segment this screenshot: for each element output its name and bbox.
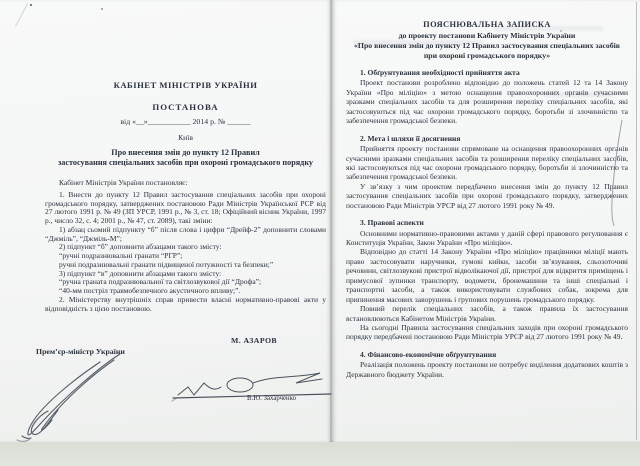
decree-title: Про внесення змін до пункту 12 Правил за…: [45, 148, 326, 169]
pm-signature: [2, 348, 132, 442]
section-paragraph: Відповідно до статті 14 Закону України «…: [346, 247, 628, 304]
city-line: Київ: [45, 133, 326, 142]
section-heading: 2. Мета і шляхи її досягнення: [346, 134, 628, 143]
decree-intro: Кабінет Міністрів України постановляє:: [45, 179, 326, 188]
decree-paragraph: 1. Внести до пункту 12 Правил застосуван…: [45, 191, 326, 226]
scanner-bed-strip: [0, 441, 640, 466]
decree-body: Кабінет Міністрів України постановляє: 1…: [45, 179, 326, 313]
decree-title-line1: Про внесення змін до пункту 12 Правил: [45, 148, 326, 158]
section-heading: 3. Правові аспекти: [346, 218, 628, 227]
note-title-line3: «Про внесення змін до пункту 12 Правил з…: [347, 41, 627, 61]
countersigner-name: В.Ю. Захарченко: [247, 395, 296, 402]
note-title: ПОЯСНЮВАЛЬНА ЗАПИСКА до проекту постанов…: [347, 20, 627, 61]
section-paragraph: Прийняття проекту постанови спрямоване н…: [346, 144, 628, 182]
section-heading: 4. Фінансово-економічне обґрунтування: [346, 350, 628, 359]
date-line: від «__»___________ 2014 р. № ______: [45, 117, 326, 126]
note-body: 1. Обґрунтування необхідності прийняття …: [346, 68, 628, 379]
doc-type: ПОСТАНОВА: [45, 102, 326, 112]
explanatory-note-page: ПОЯСНЮВАЛЬНА ЗАПИСКА до проекту постанов…: [333, 0, 640, 442]
section-paragraph: У зв’язку з чим проектом передбачено вне…: [346, 182, 628, 210]
decree-page: КАБІНЕТ МІНІСТРІВ УКРАЇНИ ПОСТАНОВА від …: [0, 0, 331, 442]
decree-paragraph: 1) абзац сьомий підпункту “б” після слов…: [45, 226, 326, 244]
decree-title-line2: застосування спеціальних засобів при охо…: [45, 158, 326, 168]
section-paragraph: На сьогодні Правила застосування спеціал…: [346, 323, 628, 342]
paper-crease: [15, 3, 28, 26]
scan-speck: [101, 8, 103, 10]
scan-speck: [560, 30, 562, 32]
section-paragraph: Повний перелік спеціальних засобів, а та…: [346, 304, 628, 323]
section-paragraph: Проект постанови розроблено відповідно д…: [346, 78, 628, 125]
section-paragraph: Реалізація положень проекту постанови не…: [346, 360, 628, 379]
org-name: КАБІНЕТ МІНІСТРІВ УКРАЇНИ: [45, 80, 326, 90]
scanned-documents-canvas: КАБІНЕТ МІНІСТРІВ УКРАЇНИ ПОСТАНОВА від …: [0, 0, 640, 466]
signer-name: М. АЗАРОВ: [231, 336, 277, 345]
decree-paragraph: 2. Міністерству внутрішніх справ привест…: [45, 296, 326, 314]
fold-crease: [601, 118, 625, 228]
note-title-line1: ПОЯСНЮВАЛЬНА ЗАПИСКА: [347, 20, 627, 31]
note-title-line2: до проекту постанови Кабінету Міністрів …: [347, 31, 627, 41]
section-paragraph: Основними нормативно-правовими актами у …: [346, 229, 628, 248]
section-heading: 1. Обґрунтування необхідності прийняття …: [346, 68, 628, 77]
page-edge-line: [636, 2, 637, 440]
scan-speck: [30, 4, 32, 6]
